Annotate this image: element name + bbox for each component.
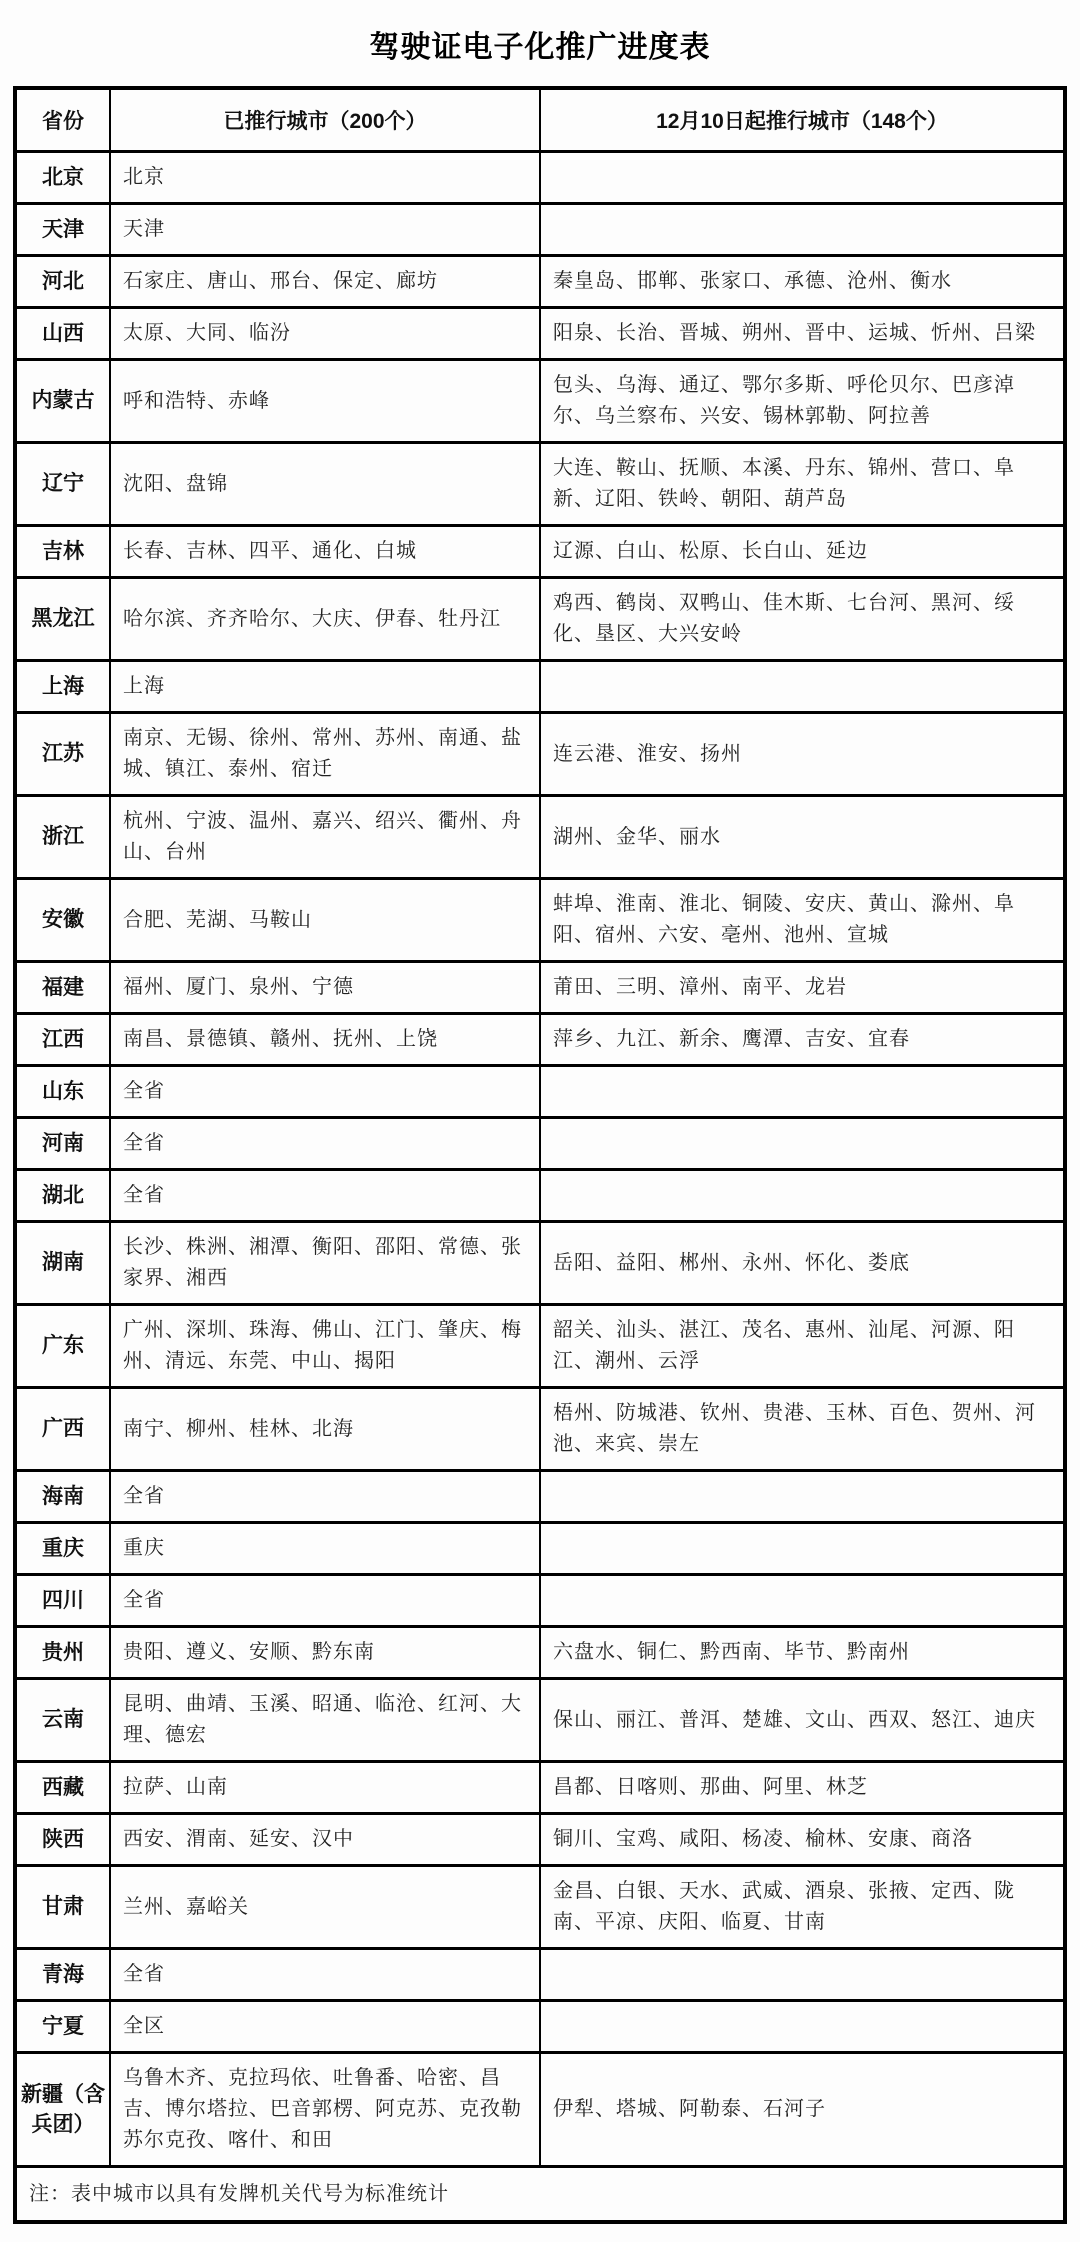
header-implemented-cities: 已推行城市（200个）	[110, 88, 540, 152]
table-row: 山东全省	[15, 1066, 1065, 1118]
upcoming-cities-cell: 莆田、三明、漳州、南平、龙岩	[540, 962, 1065, 1014]
province-cell: 辽宁	[15, 443, 110, 526]
implemented-cities-cell: 呼和浩特、赤峰	[110, 360, 540, 443]
province-cell: 四川	[15, 1575, 110, 1627]
table-row: 重庆重庆	[15, 1523, 1065, 1575]
upcoming-cities-cell	[540, 2001, 1065, 2053]
upcoming-cities-cell: 包头、乌海、通辽、鄂尔多斯、呼伦贝尔、巴彦淖尔、乌兰察布、兴安、锡林郭勒、阿拉善	[540, 360, 1065, 443]
implemented-cities-cell: 昆明、曲靖、玉溪、昭通、临沧、红河、大理、德宏	[110, 1679, 540, 1762]
table-row: 内蒙古呼和浩特、赤峰包头、乌海、通辽、鄂尔多斯、呼伦贝尔、巴彦淖尔、乌兰察布、兴…	[15, 360, 1065, 443]
implemented-cities-cell: 全省	[110, 1170, 540, 1222]
upcoming-cities-cell: 六盘水、铜仁、黔西南、毕节、黔南州	[540, 1627, 1065, 1679]
upcoming-cities-cell	[540, 1066, 1065, 1118]
implemented-cities-cell: 全省	[110, 1066, 540, 1118]
table-row: 天津天津	[15, 204, 1065, 256]
province-cell: 天津	[15, 204, 110, 256]
province-cell: 甘肃	[15, 1866, 110, 1949]
upcoming-cities-cell: 伊犁、塔城、阿勒泰、石河子	[540, 2053, 1065, 2167]
table-body: 北京北京天津天津河北石家庄、唐山、邢台、保定、廊坊秦皇岛、邯郸、张家口、承德、沧…	[15, 152, 1065, 2167]
page-title: 驾驶证电子化推广进度表	[0, 0, 1080, 86]
table-row: 新疆（含兵团）乌鲁木齐、克拉玛依、吐鲁番、哈密、昌吉、博尔塔拉、巴音郭楞、阿克苏…	[15, 2053, 1065, 2167]
header-province: 省份	[15, 88, 110, 152]
upcoming-cities-cell: 湖州、金华、丽水	[540, 796, 1065, 879]
table-row: 宁夏全区	[15, 2001, 1065, 2053]
footnote: 注：表中城市以具有发牌机关代号为标准统计	[15, 2167, 1065, 2223]
upcoming-cities-cell: 铜川、宝鸡、咸阳、杨凌、榆林、安康、商洛	[540, 1814, 1065, 1866]
table-row: 河北石家庄、唐山、邢台、保定、廊坊秦皇岛、邯郸、张家口、承德、沧州、衡水	[15, 256, 1065, 308]
table-row: 山西太原、大同、临汾阳泉、长治、晋城、朔州、晋中、运城、忻州、吕梁	[15, 308, 1065, 360]
province-cell: 湖南	[15, 1222, 110, 1305]
upcoming-cities-cell	[540, 661, 1065, 713]
province-cell: 安徽	[15, 879, 110, 962]
implemented-cities-cell: 天津	[110, 204, 540, 256]
upcoming-cities-cell: 萍乡、九江、新余、鹰潭、吉安、宜春	[540, 1014, 1065, 1066]
upcoming-cities-cell: 大连、鞍山、抚顺、本溪、丹东、锦州、营口、阜新、辽阳、铁岭、朝阳、葫芦岛	[540, 443, 1065, 526]
table-row: 福建福州、厦门、泉州、宁德莆田、三明、漳州、南平、龙岩	[15, 962, 1065, 1014]
upcoming-cities-cell: 梧州、防城港、钦州、贵港、玉林、百色、贺州、河池、来宾、崇左	[540, 1388, 1065, 1471]
table-row: 江苏南京、无锡、徐州、常州、苏州、南通、盐城、镇江、泰州、宿迁连云港、淮安、扬州	[15, 713, 1065, 796]
table-row: 四川全省	[15, 1575, 1065, 1627]
implemented-cities-cell: 西安、渭南、延安、汉中	[110, 1814, 540, 1866]
upcoming-cities-cell	[540, 1170, 1065, 1222]
province-cell: 北京	[15, 152, 110, 204]
province-cell: 江苏	[15, 713, 110, 796]
implemented-cities-cell: 兰州、嘉峪关	[110, 1866, 540, 1949]
implemented-cities-cell: 哈尔滨、齐齐哈尔、大庆、伊春、牡丹江	[110, 578, 540, 661]
table-row: 甘肃兰州、嘉峪关金昌、白银、天水、武威、酒泉、张掖、定西、陇南、平凉、庆阳、临夏…	[15, 1866, 1065, 1949]
table-row: 广西南宁、柳州、桂林、北海梧州、防城港、钦州、贵港、玉林、百色、贺州、河池、来宾…	[15, 1388, 1065, 1471]
implemented-cities-cell: 南京、无锡、徐州、常州、苏州、南通、盐城、镇江、泰州、宿迁	[110, 713, 540, 796]
province-cell: 宁夏	[15, 2001, 110, 2053]
upcoming-cities-cell	[540, 1575, 1065, 1627]
province-cell: 河北	[15, 256, 110, 308]
table-row: 黑龙江哈尔滨、齐齐哈尔、大庆、伊春、牡丹江鸡西、鹤岗、双鸭山、佳木斯、七台河、黑…	[15, 578, 1065, 661]
table-row: 海南全省	[15, 1471, 1065, 1523]
upcoming-cities-cell: 昌都、日喀则、那曲、阿里、林芝	[540, 1762, 1065, 1814]
upcoming-cities-cell: 蚌埠、淮南、淮北、铜陵、安庆、黄山、滁州、阜阳、宿州、六安、亳州、池州、宣城	[540, 879, 1065, 962]
table-row: 西藏拉萨、山南昌都、日喀则、那曲、阿里、林芝	[15, 1762, 1065, 1814]
implemented-cities-cell: 石家庄、唐山、邢台、保定、廊坊	[110, 256, 540, 308]
province-cell: 湖北	[15, 1170, 110, 1222]
implemented-cities-cell: 全区	[110, 2001, 540, 2053]
table-header: 省份 已推行城市（200个） 12月10日起推行城市（148个）	[15, 88, 1065, 152]
province-cell: 上海	[15, 661, 110, 713]
upcoming-cities-cell	[540, 204, 1065, 256]
implemented-cities-cell: 长春、吉林、四平、通化、白城	[110, 526, 540, 578]
upcoming-cities-cell: 连云港、淮安、扬州	[540, 713, 1065, 796]
upcoming-cities-cell: 秦皇岛、邯郸、张家口、承德、沧州、衡水	[540, 256, 1065, 308]
province-cell: 内蒙古	[15, 360, 110, 443]
table-row: 浙江杭州、宁波、温州、嘉兴、绍兴、衢州、舟山、台州湖州、金华、丽水	[15, 796, 1065, 879]
table-row: 上海上海	[15, 661, 1065, 713]
implemented-cities-cell: 南昌、景德镇、赣州、抚州、上饶	[110, 1014, 540, 1066]
table-row: 贵州贵阳、遵义、安顺、黔东南六盘水、铜仁、黔西南、毕节、黔南州	[15, 1627, 1065, 1679]
province-cell: 重庆	[15, 1523, 110, 1575]
upcoming-cities-cell	[540, 152, 1065, 204]
header-upcoming-cities: 12月10日起推行城市（148个）	[540, 88, 1065, 152]
province-cell: 贵州	[15, 1627, 110, 1679]
province-cell: 西藏	[15, 1762, 110, 1814]
implemented-cities-cell: 合肥、芜湖、马鞍山	[110, 879, 540, 962]
implemented-cities-cell: 乌鲁木齐、克拉玛依、吐鲁番、哈密、昌吉、博尔塔拉、巴音郭楞、阿克苏、克孜勒苏尔克…	[110, 2053, 540, 2167]
province-cell: 云南	[15, 1679, 110, 1762]
province-cell: 广东	[15, 1305, 110, 1388]
upcoming-cities-cell: 辽源、白山、松原、长白山、延边	[540, 526, 1065, 578]
implemented-cities-cell: 全省	[110, 1575, 540, 1627]
implemented-cities-cell: 北京	[110, 152, 540, 204]
province-cell: 黑龙江	[15, 578, 110, 661]
implemented-cities-cell: 福州、厦门、泉州、宁德	[110, 962, 540, 1014]
table-row: 广东广州、深圳、珠海、佛山、江门、肇庆、梅州、清远、东莞、中山、揭阳韶关、汕头、…	[15, 1305, 1065, 1388]
implemented-cities-cell: 全省	[110, 1471, 540, 1523]
implemented-cities-cell: 拉萨、山南	[110, 1762, 540, 1814]
table-row: 青海全省	[15, 1949, 1065, 2001]
table-row: 安徽合肥、芜湖、马鞍山蚌埠、淮南、淮北、铜陵、安庆、黄山、滁州、阜阳、宿州、六安…	[15, 879, 1065, 962]
progress-table: 省份 已推行城市（200个） 12月10日起推行城市（148个） 北京北京天津天…	[13, 86, 1067, 2224]
upcoming-cities-cell	[540, 1949, 1065, 2001]
upcoming-cities-cell	[540, 1471, 1065, 1523]
province-cell: 吉林	[15, 526, 110, 578]
table-footer: 注：表中城市以具有发牌机关代号为标准统计	[15, 2167, 1065, 2223]
upcoming-cities-cell	[540, 1118, 1065, 1170]
upcoming-cities-cell	[540, 1523, 1065, 1575]
implemented-cities-cell: 杭州、宁波、温州、嘉兴、绍兴、衢州、舟山、台州	[110, 796, 540, 879]
upcoming-cities-cell: 韶关、汕头、湛江、茂名、惠州、汕尾、河源、阳江、潮州、云浮	[540, 1305, 1065, 1388]
province-cell: 广西	[15, 1388, 110, 1471]
table-row: 北京北京	[15, 152, 1065, 204]
province-cell: 新疆（含兵团）	[15, 2053, 110, 2167]
upcoming-cities-cell: 鸡西、鹤岗、双鸭山、佳木斯、七台河、黑河、绥化、垦区、大兴安岭	[540, 578, 1065, 661]
implemented-cities-cell: 上海	[110, 661, 540, 713]
upcoming-cities-cell: 岳阳、益阳、郴州、永州、怀化、娄底	[540, 1222, 1065, 1305]
implemented-cities-cell: 重庆	[110, 1523, 540, 1575]
province-cell: 青海	[15, 1949, 110, 2001]
province-cell: 山西	[15, 308, 110, 360]
implemented-cities-cell: 贵阳、遵义、安顺、黔东南	[110, 1627, 540, 1679]
table-row: 吉林长春、吉林、四平、通化、白城辽源、白山、松原、长白山、延边	[15, 526, 1065, 578]
upcoming-cities-cell: 金昌、白银、天水、武威、酒泉、张掖、定西、陇南、平凉、庆阳、临夏、甘南	[540, 1866, 1065, 1949]
province-cell: 河南	[15, 1118, 110, 1170]
upcoming-cities-cell: 阳泉、长治、晋城、朔州、晋中、运城、忻州、吕梁	[540, 308, 1065, 360]
province-cell: 浙江	[15, 796, 110, 879]
province-cell: 陕西	[15, 1814, 110, 1866]
table-row: 湖北全省	[15, 1170, 1065, 1222]
footnote-row: 注：表中城市以具有发牌机关代号为标准统计	[15, 2167, 1065, 2223]
province-cell: 山东	[15, 1066, 110, 1118]
table-row: 江西南昌、景德镇、赣州、抚州、上饶萍乡、九江、新余、鹰潭、吉安、宜春	[15, 1014, 1065, 1066]
implemented-cities-cell: 南宁、柳州、桂林、北海	[110, 1388, 540, 1471]
header-row: 省份 已推行城市（200个） 12月10日起推行城市（148个）	[15, 88, 1065, 152]
implemented-cities-cell: 沈阳、盘锦	[110, 443, 540, 526]
table-row: 河南全省	[15, 1118, 1065, 1170]
table-row: 陕西西安、渭南、延安、汉中铜川、宝鸡、咸阳、杨凌、榆林、安康、商洛	[15, 1814, 1065, 1866]
implemented-cities-cell: 长沙、株洲、湘潭、衡阳、邵阳、常德、张家界、湘西	[110, 1222, 540, 1305]
table-row: 辽宁沈阳、盘锦大连、鞍山、抚顺、本溪、丹东、锦州、营口、阜新、辽阳、铁岭、朝阳、…	[15, 443, 1065, 526]
table-row: 湖南长沙、株洲、湘潭、衡阳、邵阳、常德、张家界、湘西岳阳、益阳、郴州、永州、怀化…	[15, 1222, 1065, 1305]
province-cell: 海南	[15, 1471, 110, 1523]
implemented-cities-cell: 全省	[110, 1949, 540, 2001]
province-cell: 福建	[15, 962, 110, 1014]
province-cell: 江西	[15, 1014, 110, 1066]
upcoming-cities-cell: 保山、丽江、普洱、楚雄、文山、西双、怒江、迪庆	[540, 1679, 1065, 1762]
implemented-cities-cell: 太原、大同、临汾	[110, 308, 540, 360]
table-row: 云南昆明、曲靖、玉溪、昭通、临沧、红河、大理、德宏保山、丽江、普洱、楚雄、文山、…	[15, 1679, 1065, 1762]
implemented-cities-cell: 全省	[110, 1118, 540, 1170]
implemented-cities-cell: 广州、深圳、珠海、佛山、江门、肇庆、梅州、清远、东莞、中山、揭阳	[110, 1305, 540, 1388]
